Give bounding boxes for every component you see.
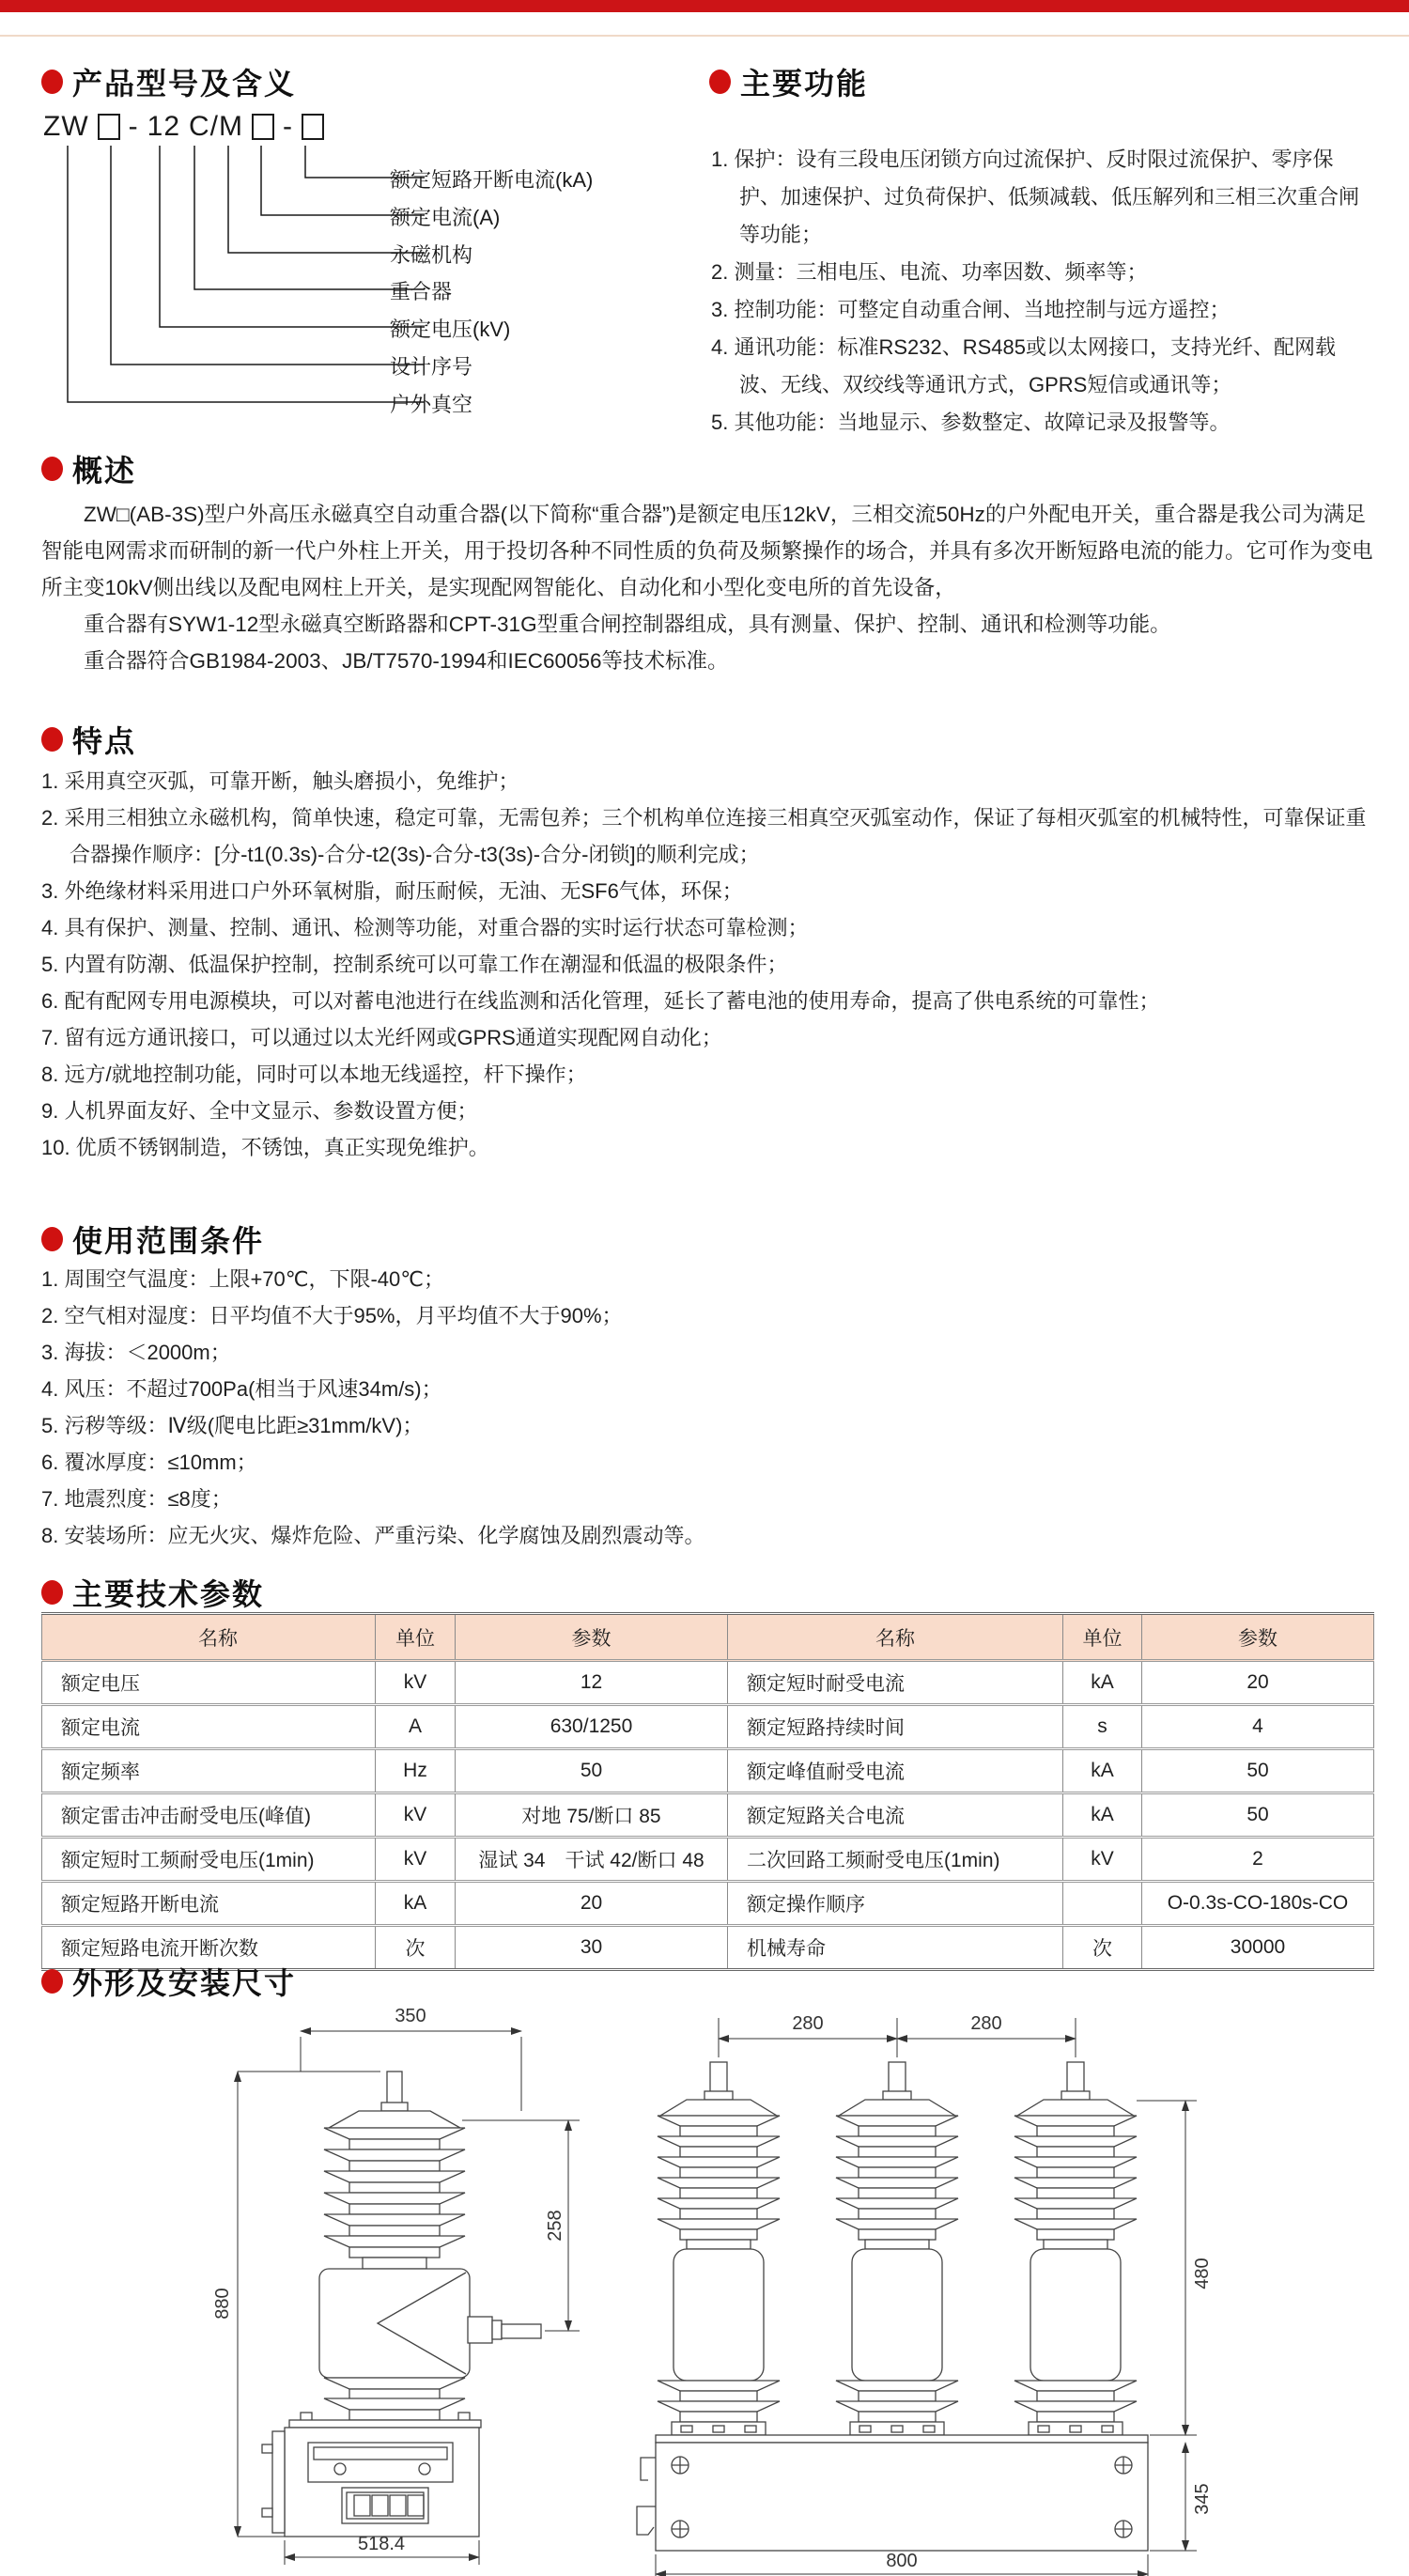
column-header: 参数: [456, 1614, 728, 1661]
section-title: 主要功能: [740, 60, 868, 103]
list-item: 2. 采用三相独立永磁机构，简单快速，稳定可靠，无需包养；三个机构单位连接三相真…: [41, 799, 1385, 873]
list-item: 1. 采用真空灭弧，可靠开断，触头磨损小，免维护；: [41, 763, 1385, 799]
section-heading-overview: 概述: [41, 447, 136, 490]
section-heading-functions: 主要功能: [709, 60, 868, 103]
functions-list: 1. 保护：设有三段电压闭锁方向过流保护、反时限过流保护、零序保护、加速保护、过…: [711, 141, 1359, 442]
column-header: 名称: [42, 1614, 376, 1661]
model-code-cm: C/M: [189, 111, 243, 143]
list-item: 8. 安装场所：应无火灾、爆炸危险、严重污染、化学腐蚀及剧烈震动等。: [41, 1517, 1385, 1554]
parameters-table: 名称 单位 参数 名称 单位 参数 额定电压 kV 12 额定短时耐受电流 kA…: [41, 1612, 1374, 1971]
section-bullet-icon: [41, 727, 63, 752]
table-row: 额定电流 A 630/1250 额定短路持续时间 s 4: [42, 1705, 1374, 1749]
section-title: 概述: [72, 447, 136, 490]
list-item: 2. 空气相对湿度：日平均值不大于95%，月平均值不大于90%；: [41, 1297, 1385, 1334]
model-code-prefix: ZW: [43, 111, 89, 143]
list-item: 5. 内置有防潮、低温保护控制，控制系统可以可靠工作在潮湿和低温的极限条件；: [41, 946, 1385, 983]
model-code-dash-2: -: [283, 111, 293, 143]
model-code-box-3: [302, 114, 324, 140]
list-item: 8. 远方/就地控制功能，同时可以本地无线遥控，杆下操作；: [41, 1056, 1385, 1093]
section-title: 使用范围条件: [72, 1218, 264, 1261]
list-item: 1. 保护：设有三段电压闭锁方向过流保护、反时限过流保护、零序保护、加速保护、过…: [711, 141, 1359, 254]
dim-label-345: 345: [1192, 2483, 1213, 2514]
table-row: 额定短时工频耐受电压(1min) kV 湿试 34 干试 42/断口 48 二次…: [42, 1838, 1374, 1882]
top-divider-line: [0, 35, 1409, 37]
dim-label-350: 350: [395, 2006, 426, 2026]
dim-label-258: 258: [545, 2210, 565, 2241]
list-item: 6. 覆冰厚度：≤10mm；: [41, 1444, 1385, 1481]
paragraph: 重合器符合GB1984-2003、JB/T7570-1994和IEC60056等…: [41, 643, 1373, 679]
overview-paragraphs: ZW□(AB-3S)型户外高压永磁真空自动重合器(以下简称“重合器”)是额定电压…: [41, 496, 1373, 679]
list-item: 3. 海拔：＜2000m；: [41, 1334, 1385, 1371]
dim-label-880: 880: [212, 2288, 233, 2319]
model-label: 额定电压(kV): [390, 314, 510, 343]
column-header: 参数: [1142, 1614, 1374, 1661]
section-heading-parameters: 主要技术参数: [41, 1571, 264, 1614]
dim-label-480: 480: [1192, 2258, 1213, 2289]
model-label: 永磁机构: [390, 240, 472, 269]
column-header: 名称: [728, 1614, 1063, 1661]
table-row: 额定频率 Hz 50 额定峰值耐受电流 kA 50: [42, 1749, 1374, 1793]
datasheet-page: 产品型号及含义 ZW - 12 C/M - 额定短路开断电流(kA) 额定电流(…: [0, 0, 1409, 2576]
list-item: 5. 其他功能：当地显示、参数整定、故障记录及报警等。: [711, 404, 1359, 442]
list-item: 10. 优质不锈钢制造，不锈蚀，真正实现免维护。: [41, 1129, 1385, 1166]
conditions-list: 1. 周围空气温度：上限+70℃，下限-40℃； 2. 空气相对湿度：日平均值不…: [41, 1261, 1385, 1554]
list-item: 1. 周围空气温度：上限+70℃，下限-40℃；: [41, 1261, 1385, 1297]
dim-label-800: 800: [886, 2551, 917, 2571]
list-item: 3. 外绝缘材料采用进口户外环氧树脂，耐压耐候，无油、无SF6气体，环保；: [41, 873, 1385, 909]
table-row: 额定雷击冲击耐受电压(峰值) kV 对地 75/断口 85 额定短路关合电流 k…: [42, 1793, 1374, 1838]
section-bullet-icon: [709, 70, 731, 94]
top-red-bar: [0, 0, 1409, 12]
features-list: 1. 采用真空灭弧，可靠开断，触头磨损小，免维护； 2. 采用三相独立永磁机构，…: [41, 763, 1385, 1166]
section-bullet-icon: [41, 457, 63, 481]
model-label: 户外真空: [390, 389, 472, 418]
list-item: 7. 留有远方通讯接口，可以通过以太光纤网或GPRS通道实现配网自动化；: [41, 1019, 1385, 1056]
model-label: 额定电流(A): [390, 202, 500, 231]
model-code-box-1: [98, 114, 120, 140]
section-heading-model: 产品型号及含义: [41, 60, 296, 103]
section-heading-conditions: 使用范围条件: [41, 1218, 264, 1261]
model-label: 设计序号: [390, 351, 472, 380]
list-item: 6. 配有配网专用电源模块，可以对蓄电池进行在线监测和活化管理，延长了蓄电池的使…: [41, 983, 1385, 1019]
section-bullet-icon: [41, 70, 63, 94]
list-item: 4. 具有保护、测量、控制、通讯、检测等功能，对重合器的实时运行状态可靠检测；: [41, 909, 1385, 946]
dim-label-280-2: 280: [970, 2013, 1001, 2034]
paragraph: ZW□(AB-3S)型户外高压永磁真空自动重合器(以下简称“重合器”)是额定电压…: [41, 496, 1373, 606]
section-bullet-icon: [41, 1227, 63, 1251]
section-bullet-icon: [41, 1969, 63, 1994]
model-code-dash: -: [129, 111, 139, 143]
right-outline-drawing: 280 280 480 345 800: [601, 1973, 1259, 2576]
model-label: 重合器: [390, 276, 452, 305]
section-bullet-icon: [41, 1580, 63, 1605]
list-item: 4. 风压：不超过700Pa(相当于风速34m/s)；: [41, 1371, 1385, 1407]
table-row: 额定电压 kV 12 额定短时耐受电流 kA 20: [42, 1661, 1374, 1705]
table-header-row: 名称 单位 参数 名称 单位 参数: [42, 1614, 1374, 1661]
list-item: 5. 污秽等级：Ⅳ级(爬电比距≥31mm/kV)；: [41, 1407, 1385, 1444]
list-item: 4. 通讯功能：标准RS232、RS485或以太网接口，支持光纤、配网载波、无线…: [711, 329, 1359, 404]
list-item: 9. 人机界面友好、全中文显示、参数设置方便；: [41, 1093, 1385, 1129]
section-title: 特点: [72, 718, 136, 761]
left-outline-drawing: 350 880 258 518.4: [132, 1973, 658, 2576]
model-code-voltage: 12: [147, 111, 180, 143]
table-row: 额定短路开断电流 kA 20 额定操作顺序 O-0.3s-CO-180s-CO: [42, 1882, 1374, 1926]
section-title: 产品型号及含义: [72, 60, 296, 103]
column-header: 单位: [1063, 1614, 1142, 1661]
model-label: 额定短路开断电流(kA): [390, 164, 593, 194]
dim-label-518: 518.4: [358, 2534, 405, 2554]
section-heading-features: 特点: [41, 718, 136, 761]
section-title: 主要技术参数: [72, 1571, 264, 1614]
model-code: ZW - 12 C/M -: [43, 111, 324, 143]
model-code-box-2: [252, 114, 274, 140]
paragraph: 重合器有SYW1-12型永磁真空断路器和CPT-31G型重合闸控制器组成，具有测…: [41, 606, 1373, 643]
list-item: 2. 测量：三相电压、电流、功率因数、频率等；: [711, 254, 1359, 291]
list-item: 7. 地震烈度：≤8度；: [41, 1481, 1385, 1517]
list-item: 3. 控制功能：可整定自动重合闸、当地控制与远方遥控；: [711, 291, 1359, 329]
column-header: 单位: [376, 1614, 456, 1661]
dim-label-280-1: 280: [792, 2013, 823, 2034]
